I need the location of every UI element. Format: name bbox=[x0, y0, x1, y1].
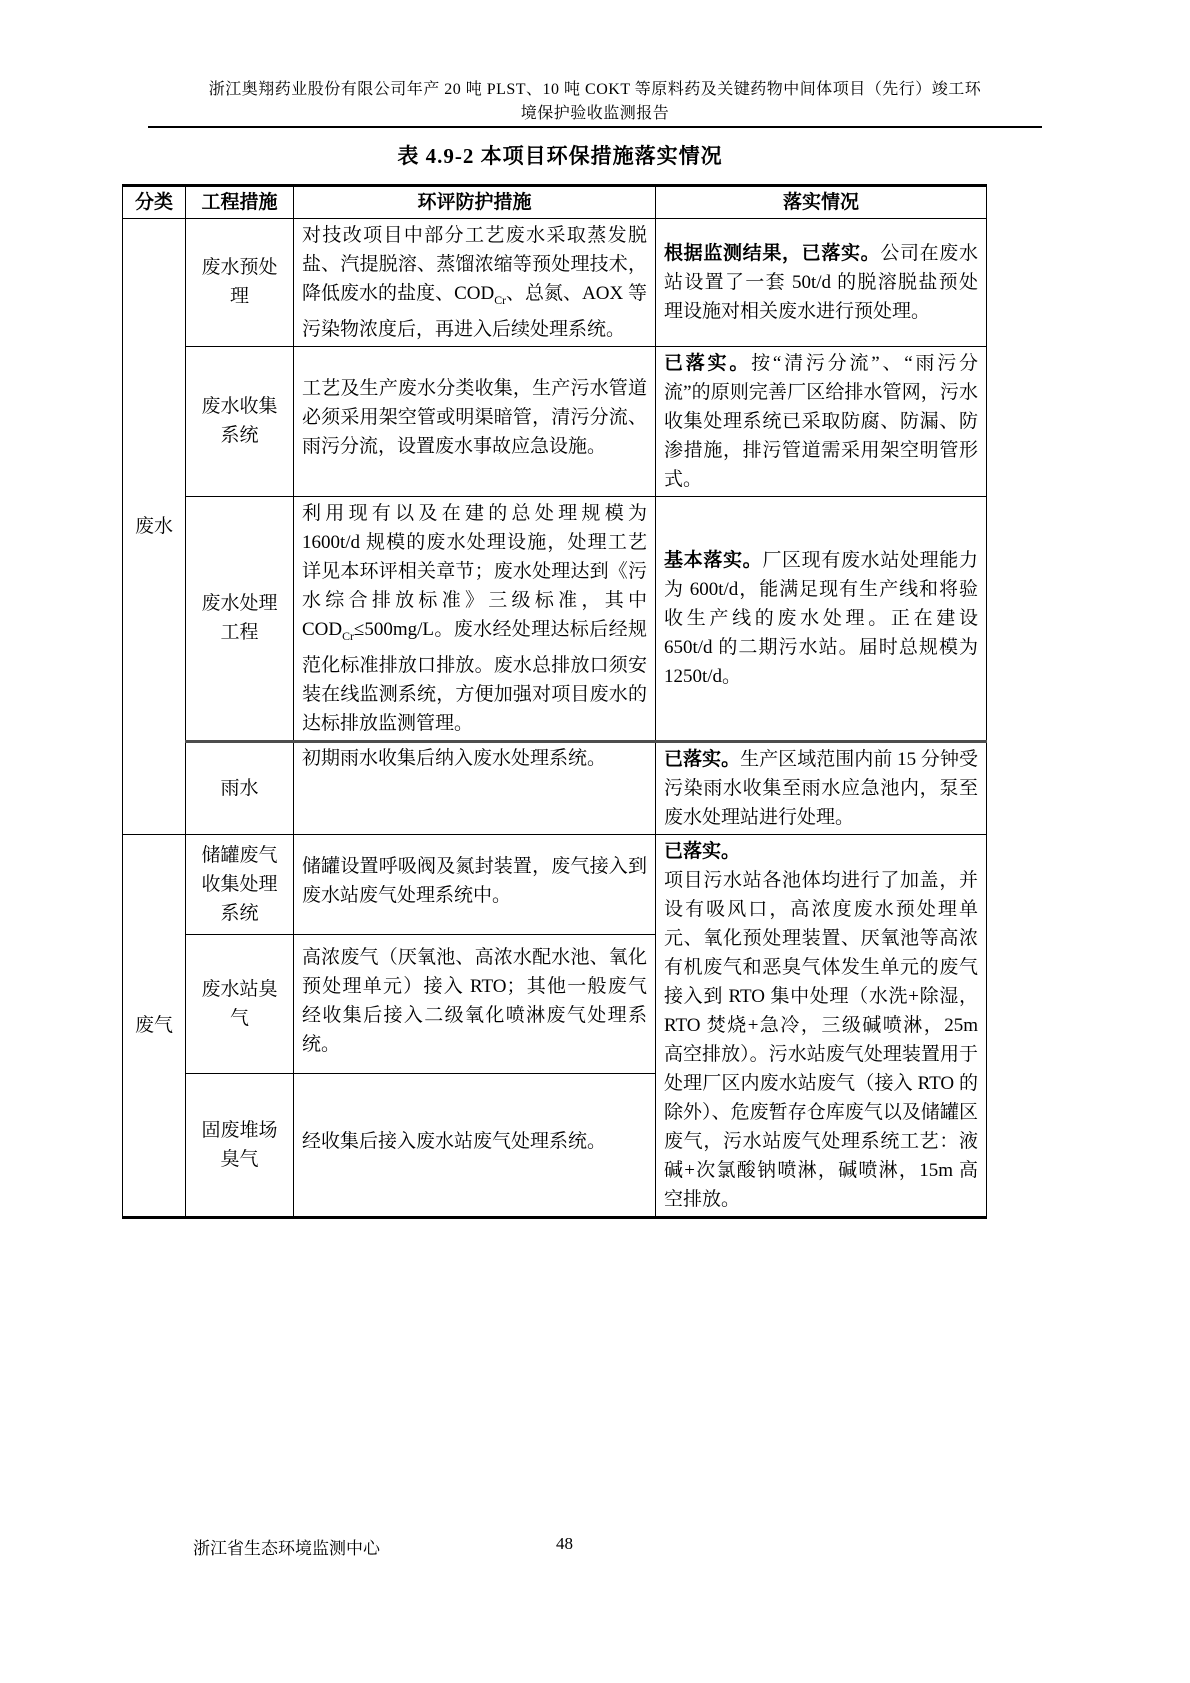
document-header-line2: 境保护验收监测报告 bbox=[95, 102, 1095, 126]
cell-eia-measure: 对技改项目中部分工艺废水采取蒸发脱盐、汽提脱溶、蒸馏浓缩等预处理技术，降低废水的… bbox=[294, 219, 656, 347]
epa-subscript: Cr bbox=[494, 294, 506, 307]
epa-text: 初期雨水收集后纳入废水处理系统。 bbox=[302, 748, 606, 769]
header-category: 分类 bbox=[123, 186, 186, 219]
epa-text: ≤500mg/L。废水经处理达标后经规范化标准排放口排放。废水总排放口须安装在线… bbox=[302, 619, 647, 734]
document-header: 浙江奥翔药业股份有限公司年产 20 吨 PLST、10 吨 COKT 等原料药及… bbox=[95, 78, 1095, 126]
epa-measures-table: 分类 工程措施 环评防护措施 落实情况 废水 废水预处理 对技改项目中部分工艺废… bbox=[122, 184, 987, 1219]
impl-status-lead: 已落实。 bbox=[664, 353, 751, 374]
header-implementation-status: 落实情况 bbox=[656, 186, 987, 219]
cell-measure: 废水收集系统 bbox=[186, 346, 294, 496]
table-header-row: 分类 工程措施 环评防护措施 落实情况 bbox=[123, 186, 987, 219]
document-page: 浙江奥翔药业股份有限公司年产 20 吨 PLST、10 吨 COKT 等原料药及… bbox=[0, 0, 1190, 1683]
cell-measure: 废水处理工程 bbox=[186, 496, 294, 741]
cell-measure: 储罐废气收集处理系统 bbox=[186, 834, 294, 935]
cell-eia-measure: 经收集后接入废水站废气处理系统。 bbox=[294, 1073, 656, 1217]
cell-implementation: 根据监测结果，已落实。公司在废水站设置了一套 50t/d 的脱溶脱盐预处理设施对… bbox=[656, 219, 987, 347]
table-row: 雨水 初期雨水收集后纳入废水处理系统。 已落实。生产区域范围内前 15 分钟受污… bbox=[123, 741, 987, 834]
epa-text: 经收集后接入废水站废气处理系统。 bbox=[302, 1131, 606, 1152]
cell-implementation: 已落实。按“清污分流”、“雨污分流”的原则完善厂区给排水管网，污水收集处理系统已… bbox=[656, 346, 987, 496]
cell-eia-measure: 初期雨水收集后纳入废水处理系统。 bbox=[294, 741, 656, 834]
table-title: 表 4.9-2 本项目环保措施落实情况 bbox=[0, 140, 1120, 170]
table-row: 废水处理工程 利用现有以及在建的总处理规模为 1600t/d 规模的废水处理设施… bbox=[123, 496, 987, 741]
epa-subscript: Cr bbox=[342, 630, 354, 643]
cell-measure: 雨水 bbox=[186, 741, 294, 834]
page-number: 48 bbox=[556, 1534, 573, 1554]
table-row: 废水 废水预处理 对技改项目中部分工艺废水采取蒸发脱盐、汽提脱溶、蒸馏浓缩等预处… bbox=[123, 219, 987, 347]
epa-text: 储罐设置呼吸阀及氮封装置，废气接入到废水站废气处理系统中。 bbox=[302, 856, 647, 906]
cell-eia-measure: 高浓废气（厌氧池、高浓水配水池、氧化预处理单元）接入 RTO；其他一般废气经收集… bbox=[294, 935, 656, 1073]
cell-measure: 固废堆场臭气 bbox=[186, 1073, 294, 1217]
cell-category-wastewater: 废水 bbox=[123, 219, 186, 835]
document-header-line1: 浙江奥翔药业股份有限公司年产 20 吨 PLST、10 吨 COKT 等原料药及… bbox=[95, 78, 1095, 102]
cell-eia-measure: 工艺及生产废水分类收集，生产污水管道必须采用架空管或明渠暗管，清污分流、雨污分流… bbox=[294, 346, 656, 496]
epa-text: 高浓废气（厌氧池、高浓水配水池、氧化预处理单元）接入 RTO；其他一般废气经收集… bbox=[302, 947, 647, 1055]
cell-measure: 废水站臭气 bbox=[186, 935, 294, 1073]
epa-text: 工艺及生产废水分类收集，生产污水管道必须采用架空管或明渠暗管，清污分流、雨污分流… bbox=[302, 378, 647, 457]
impl-status-lead: 基本落实。 bbox=[664, 550, 762, 571]
table-row: 废气 储罐废气收集处理系统 储罐设置呼吸阀及氮封装置，废气接入到废水站废气处理系… bbox=[123, 834, 987, 935]
header-eia-protection-measure: 环评防护措施 bbox=[294, 186, 656, 219]
impl-status-lead: 已落实。 bbox=[664, 749, 740, 770]
cell-eia-measure: 储罐设置呼吸阀及氮封装置，废气接入到废水站废气处理系统中。 bbox=[294, 834, 656, 935]
cell-implementation: 基本落实。厂区现有废水站处理能力为 600t/d，能满足现有生产线和将验收生产线… bbox=[656, 496, 987, 741]
impl-text: 项目污水站各池体均进行了加盖，并设有吸风口，高浓度废水预处理单元、氧化预处理装置… bbox=[664, 870, 978, 1210]
header-engineering-measure: 工程措施 bbox=[186, 186, 294, 219]
impl-status-lead: 根据监测结果，已落实。 bbox=[664, 243, 880, 264]
cell-eia-measure: 利用现有以及在建的总处理规模为 1600t/d 规模的废水处理设施，处理工艺详见… bbox=[294, 496, 656, 741]
header-divider bbox=[148, 126, 1042, 128]
cell-measure: 废水预处理 bbox=[186, 219, 294, 347]
table-row: 废水收集系统 工艺及生产废水分类收集，生产污水管道必须采用架空管或明渠暗管，清污… bbox=[123, 346, 987, 496]
impl-status-lead: 已落实。 bbox=[664, 837, 978, 866]
cell-implementation-merged: 已落实。项目污水站各池体均进行了加盖，并设有吸风口，高浓度废水预处理单元、氧化预… bbox=[656, 834, 987, 1217]
cell-category-waste-gas: 废气 bbox=[123, 834, 186, 1217]
cell-implementation: 已落实。生产区域范围内前 15 分钟受污染雨水收集至雨水应急池内，泵至废水处理站… bbox=[656, 741, 987, 834]
footer-organization: 浙江省生态环境监测中心 bbox=[193, 1534, 380, 1559]
